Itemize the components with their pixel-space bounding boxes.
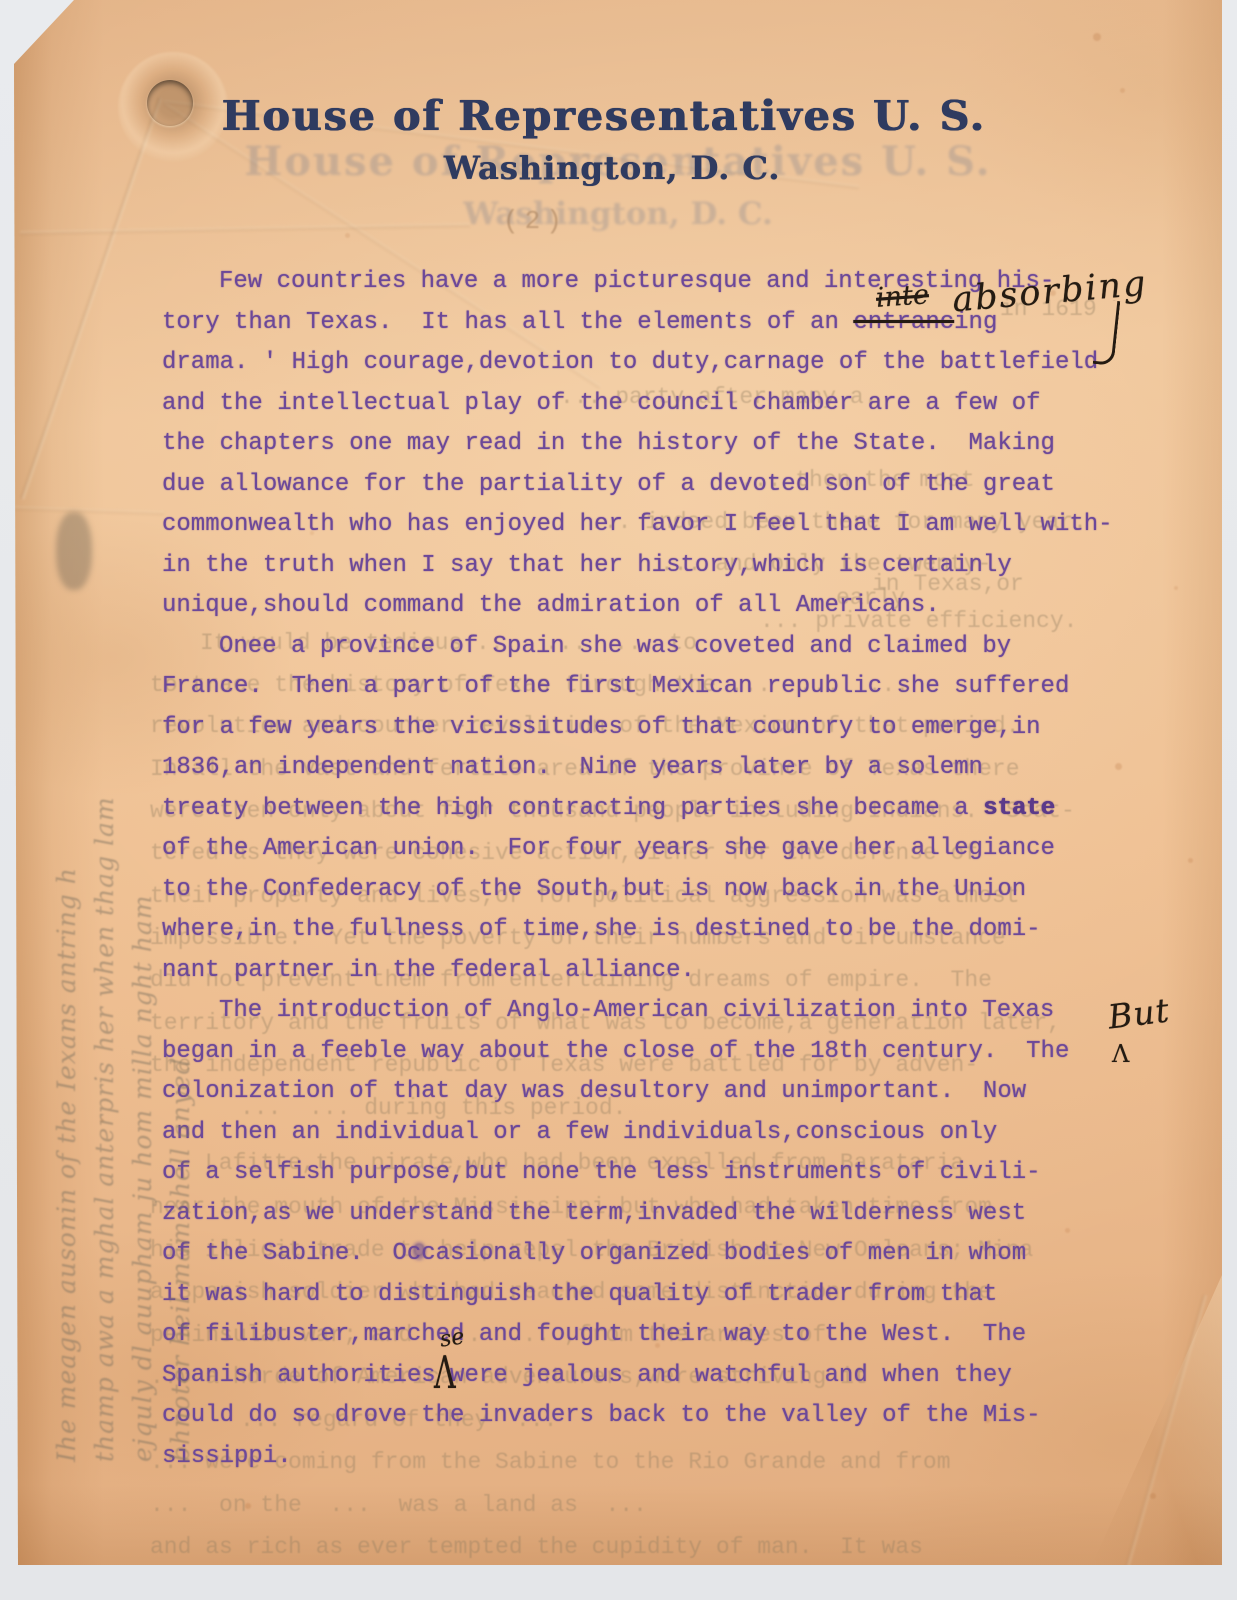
- fox-spot: [520, 768, 524, 772]
- fox-spot: [100, 1118, 104, 1122]
- fox-spot: [905, 638, 909, 642]
- pencil-smudge: [56, 512, 92, 590]
- aged-paper-sheet: House of Representatives U. S. Washingto…: [14, 0, 1222, 1565]
- fox-spot: [310, 531, 314, 535]
- fox-spot: [345, 233, 350, 238]
- scanned-document-stage: House of Representatives U. S. Washingto…: [0, 0, 1237, 1600]
- fox-spot: [1150, 1493, 1156, 1499]
- pencil-marginalia-line: ejquly dl auupham ju hom milla nght ham: [124, 422, 162, 1462]
- fox-spot: [1174, 586, 1178, 590]
- typed-paragraph: Few countries have a more picturesque an…: [162, 262, 1154, 627]
- typed-text: Onee a province of Spain she was coveted…: [162, 633, 1069, 822]
- letterhead: House of Representatives U. S. Washingto…: [14, 92, 1222, 187]
- typed-text: ing drama. ' High courage,devotion to du…: [162, 309, 1113, 620]
- ink-smudge: [412, 1242, 426, 1260]
- fox-spot: [1188, 858, 1193, 863]
- page-number-ghost: (2): [503, 206, 568, 236]
- typed-paragraph: The introduction of Anglo-American civil…: [162, 991, 1154, 1477]
- fox-spot: [985, 1418, 990, 1423]
- letterhead-subtitle: Washington, D. C.: [8, 149, 1216, 187]
- typed-text: of the American union. For four years sh…: [162, 835, 1055, 984]
- typed-text-strike: entranc: [853, 309, 954, 336]
- fox-spot: [245, 1503, 251, 1509]
- letterhead-title: House of Representatives U. S.: [0, 92, 1208, 140]
- typed-body-text: Few countries have a more picturesque an…: [162, 262, 1154, 1477]
- pencil-marginalia-line: bhnoter heil mam shell anyed: [162, 422, 200, 1462]
- fox-spot: [655, 1343, 660, 1348]
- ghost-line: ... on the ... was a land as ...: [150, 1492, 647, 1518]
- fox-spot: [1115, 763, 1122, 770]
- fox-spot: [560, 1288, 564, 1292]
- caret-icon: Λ: [1112, 1040, 1129, 1068]
- fox-spot: [210, 1463, 214, 1467]
- typed-text: The introduction of Anglo-American civil…: [162, 997, 1069, 1470]
- caret-icon: Λ: [434, 1347, 456, 1400]
- typed-paragraph: Onee a province of Spain she was coveted…: [162, 627, 1154, 992]
- pencil-marginalia-line: thamp awa a mghal anterpris her when tha…: [86, 422, 124, 1462]
- handwritten-struck-word: inte: [875, 279, 930, 314]
- fox-spot: [1065, 1228, 1070, 1233]
- letterhead-subtitle-ghost: Washington, D. C.: [14, 196, 1222, 232]
- fox-spot: [1120, 88, 1125, 93]
- handwritten-insertion-but: But: [1106, 990, 1172, 1036]
- typed-text-bold: state: [983, 795, 1055, 822]
- fox-spot: [1050, 290, 1056, 296]
- ghost-line: and as rich as ever tempted the cupidity…: [150, 1534, 923, 1560]
- fox-spot: [1093, 33, 1101, 41]
